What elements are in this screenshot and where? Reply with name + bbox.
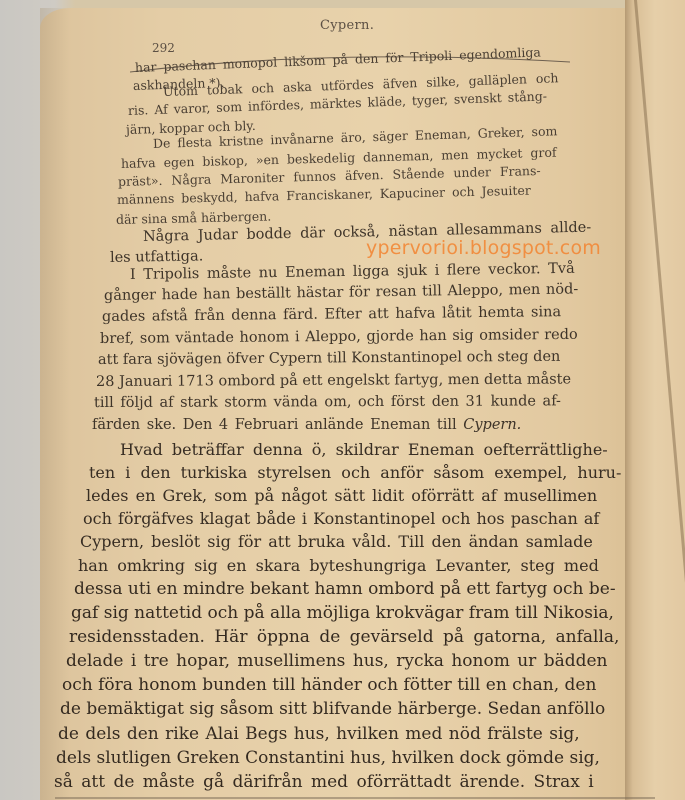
text-line: och förgäfves klagat både i Konstantinop… — [83, 509, 599, 528]
text-line: där sina små härbergen. — [116, 208, 272, 227]
body-text: har paschan monopol likšom på den för Tr… — [0, 0, 685, 800]
text-line: att fara sjövägen öfver Cypern till Kons… — [98, 349, 560, 368]
text-segment: färden ske. Den 4 Februari anlände Enema… — [92, 417, 457, 433]
text-line: gånger hade han beställt hästar för resa… — [104, 281, 578, 304]
text-line: ledes en Grek, som på något sätt lidit o… — [86, 486, 597, 505]
text-line: dels slutligen Greken Constantini hus, h… — [56, 748, 600, 768]
text-line: 28 Januari 1713 ombord på ett engelskt f… — [96, 372, 571, 390]
text-line: till följd af stark storm vända om, och … — [94, 393, 561, 411]
text-line: Cypern, beslöt sig för att bruka våld. T… — [80, 532, 593, 551]
text-line: residensstaden. Här öppna de gevärseld p… — [69, 627, 619, 647]
text-line: han omkring sig en skara byteshungriga L… — [78, 556, 599, 575]
text-line: dessa uti en mindre bekant hamn ombord p… — [74, 579, 616, 599]
text-line: les utfattiga. — [110, 248, 204, 266]
text-line: gaf sig nattetid och på alla möjliga kro… — [71, 603, 614, 623]
text-line: bref, som väntade honom i Aleppo, gjorde… — [100, 327, 578, 347]
text-line: ten i den turkiska styrelsen och anför s… — [89, 463, 621, 482]
text-line: har paschan monopol likšom på den för Tr… — [135, 44, 541, 75]
text-line: gades afstå från denna färd. Efter att h… — [102, 304, 561, 325]
page-bottom-edge — [55, 797, 655, 799]
text-line: delade i tre hopar, musellimens hus, ryc… — [66, 651, 608, 671]
text-line: de dels den rike Alai Begs hus, hvilken … — [58, 724, 580, 744]
text-line: de bemäktigat sig såsom sitt blifvande h… — [60, 699, 605, 719]
watermark: ypervorioi.blogspot.com — [366, 237, 601, 259]
text-line: och föra honom bunden till händer och fö… — [62, 675, 596, 695]
text-line: färden ske. Den 4 Februari anlände Enema… — [92, 417, 521, 433]
text-line: Hvad beträffar denna ö, skildrar Eneman … — [120, 440, 608, 459]
text-line: så att de måste gå därifrån med oförrätt… — [54, 772, 594, 792]
italic-place-name: Cypern. — [463, 417, 521, 433]
